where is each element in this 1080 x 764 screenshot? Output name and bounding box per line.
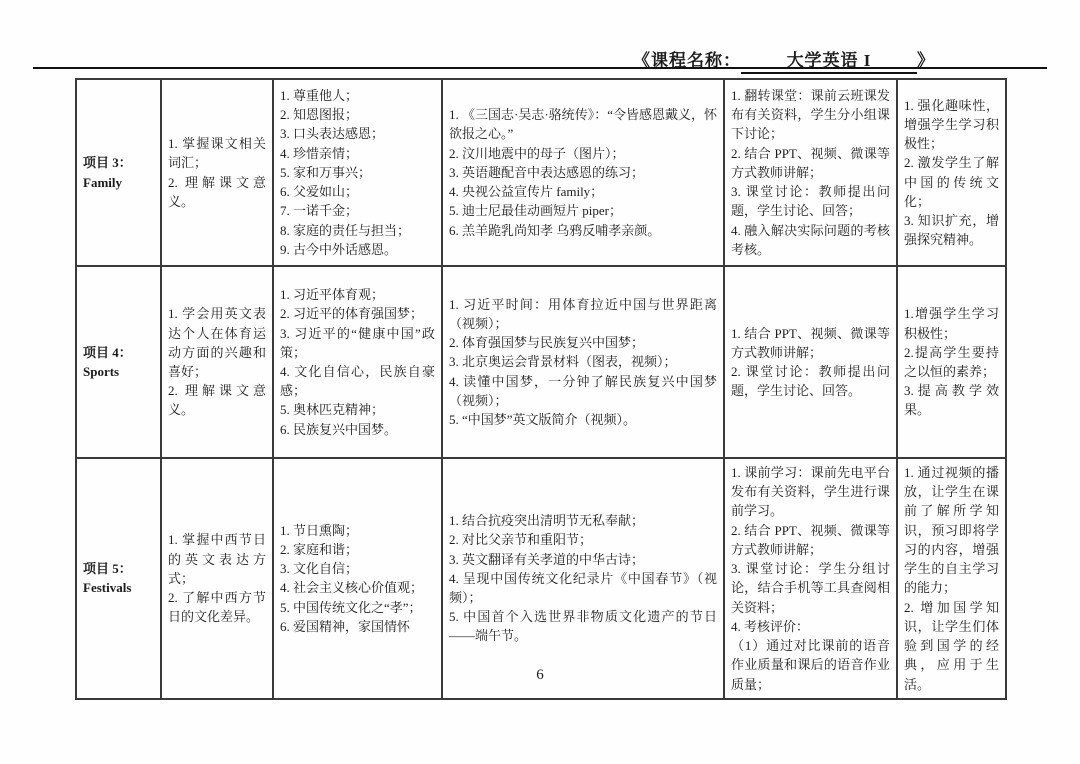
cell-family-elements: 1. 尊重他人； 2. 知恩图报； 3. 口头表达感恩； 4. 珍惜亲情； 5.… — [273, 79, 442, 266]
cell-family-outcomes: 1. 强化趣味性，增强学生学习积极性； 2. 激发学生了解中国的传统文化； 3.… — [897, 79, 1006, 266]
cell-festivals-project: 项目 5：Festivals — [76, 458, 161, 699]
syllabus-table: 项目 3：Family 1. 掌握课文相关词汇； 2. 理解课文意义。 1. 尊… — [75, 78, 1007, 700]
header-rule — [33, 67, 1047, 69]
cell-festivals-methods: 1. 课前学习：课前先电平台发布有关资料，学生进行课前学习。 2. 结合 PPT… — [724, 458, 897, 699]
project4-label: 项目 4： — [83, 345, 132, 360]
cell-festivals-resources: 1. 结合抗疫突出清明节无私奉献； 2. 对比父亲节和重阳节； 3. 英文翻译有… — [442, 458, 724, 699]
project4-en-label: Sports — [83, 364, 119, 379]
project5-label: 项目 5： — [83, 561, 132, 576]
cell-sports-objectives: 1. 学会用英文表达个人在体育运动方面的兴趣和喜好； 2. 理解课文意义。 — [161, 266, 273, 458]
course-title: 《课程名称：大学英语 I》 — [633, 46, 935, 74]
project5-en-label: Festivals — [83, 580, 131, 595]
page-number: 6 — [0, 667, 1080, 684]
cell-family-methods: 1. 翻转课堂：课前云班课发布有关资料，学生分小组课下讨论； 2. 结合 PPT… — [724, 79, 897, 266]
cell-sports-project: 项目 4：Sports — [76, 266, 161, 458]
table-row-festivals: 项目 5：Festivals 1. 掌握中西节日的英文表达方式； 2. 了解中西… — [76, 458, 1006, 699]
course-name: 大学英语 I — [741, 46, 917, 74]
project3-en-label: Family — [83, 175, 122, 190]
cell-sports-elements: 1. 习近平体育观； 2. 习近平的体育强国梦； 3. 习近平的“健康中国”政策… — [273, 266, 442, 458]
cell-festivals-outcomes: 1. 通过视频的播放，让学生在课前了解所学知识，预习即将学习的内容，增强学生的自… — [897, 458, 1006, 699]
project3-label: 项目 3： — [83, 155, 132, 170]
cell-sports-methods: 1. 结合 PPT、视频、微课等方式教师讲解； 2. 课堂讨论：教师提出问题，学… — [724, 266, 897, 458]
document-page: 《课程名称：大学英语 I》 项目 3：Family 1. 掌握课文相关词汇； 2… — [0, 0, 1080, 764]
cell-family-project: 项目 3：Family — [76, 79, 161, 266]
cell-festivals-objectives: 1. 掌握中西节日的英文表达方式； 2. 了解中西方节日的文化差异。 — [161, 458, 273, 699]
table-row-sports: 项目 4：Sports 1. 学会用英文表达个人在体育运动方面的兴趣和喜好； 2… — [76, 266, 1006, 458]
table-row-family: 项目 3：Family 1. 掌握课文相关词汇； 2. 理解课文意义。 1. 尊… — [76, 79, 1006, 266]
cell-family-objectives: 1. 掌握课文相关词汇； 2. 理解课文意义。 — [161, 79, 273, 266]
cell-sports-resources: 1. 习近平时间：用体育拉近中国与世界距离（视频）； 2. 体育强国梦与民族复兴… — [442, 266, 724, 458]
cell-festivals-elements: 1. 节日熏陶； 2. 家庭和谐； 3. 文化自信； 4. 社会主义核心价值观；… — [273, 458, 442, 699]
cell-sports-outcomes: 1.增强学生学习积极性； 2.提高学生要持之以恒的素养； 3.提高教学效果。 — [897, 266, 1006, 458]
cell-family-resources: 1. 《三国志·吴志·骆统传》：“令皆感恩戴义，怀欲报之心。” 2. 汶川地震中… — [442, 79, 724, 266]
